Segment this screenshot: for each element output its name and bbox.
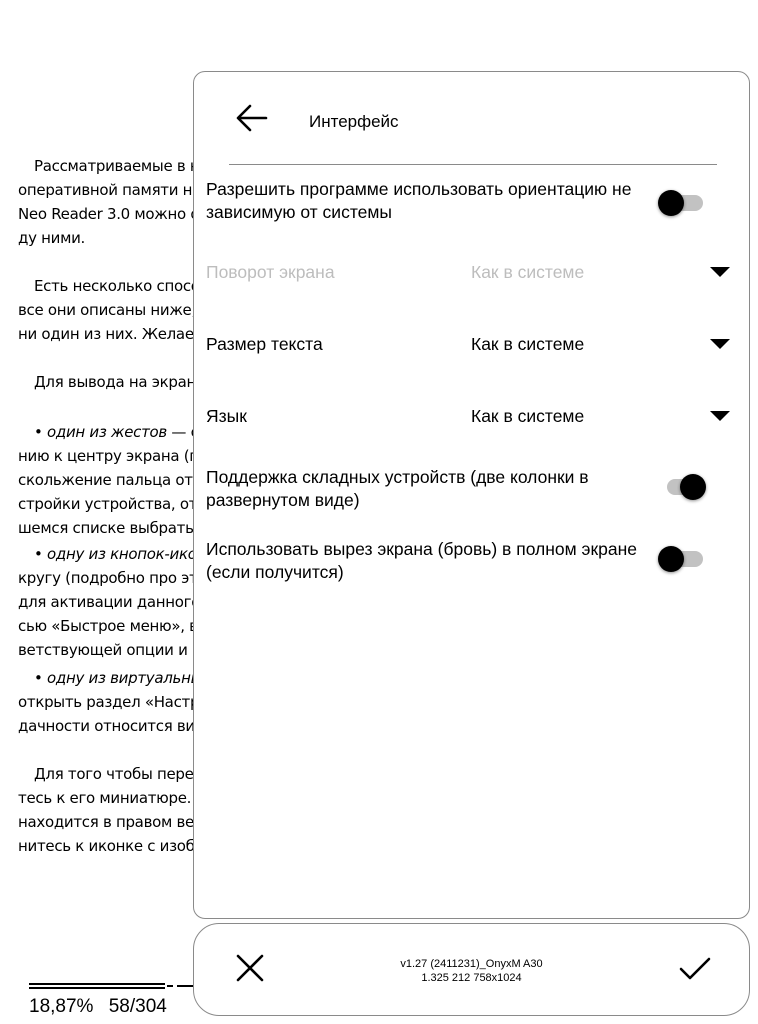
- confirm-button[interactable]: [677, 950, 713, 986]
- toggle-knob: [658, 546, 684, 572]
- dropdown-caret-icon[interactable]: [710, 267, 730, 277]
- setting-text-size: Размер текста Как в системе: [206, 333, 736, 356]
- checkmark-icon: [677, 950, 713, 986]
- language-select[interactable]: Как в системе: [471, 405, 584, 428]
- setting-label: Язык: [206, 405, 656, 428]
- setting-label: Использовать вырез экрана (бровь) в полн…: [206, 538, 651, 584]
- version-line-1: v1.27 (2411231)_OnyxM A30: [194, 957, 749, 971]
- book-line: оперативной памяти нес: [18, 181, 209, 199]
- setting-display-cutout: Использовать вырез экрана (бровь) в полн…: [206, 538, 736, 584]
- book-line: Neo Reader 3.0 можно от: [18, 205, 208, 223]
- book-line: кругу (подробно про это: [18, 569, 206, 587]
- book-line: Для вывода на экран в: [34, 373, 209, 391]
- progress-marker: [167, 985, 173, 987]
- book-line: нитесь к иконке с изобра: [18, 837, 213, 855]
- foldable-toggle[interactable]: [658, 472, 706, 502]
- reading-progress-bar: [29, 983, 199, 989]
- dialog-footer: v1.27 (2411231)_OnyxM A30 1.325 212 758x…: [193, 923, 750, 1016]
- page-counter: 58/304: [109, 996, 167, 1017]
- setting-label: Поворот экрана: [206, 261, 656, 284]
- book-line: Для того чтобы перей: [34, 765, 203, 783]
- book-line: дачности относится вирт: [18, 717, 213, 735]
- version-line-2: 1.325 212 758x1024: [194, 971, 749, 985]
- book-line: • одну из виртуальных: [34, 669, 211, 687]
- book-line: нию к центру экрана (п: [18, 447, 199, 465]
- book-line: Рассматриваемые в на: [34, 157, 208, 175]
- dropdown-caret-icon[interactable]: [710, 411, 730, 421]
- book-line: стройки устройства, отк: [18, 495, 206, 513]
- page-stats: 18,87% 58/304: [29, 996, 167, 1018]
- orientation-toggle[interactable]: [658, 188, 706, 218]
- text-size-select[interactable]: Как в системе: [471, 333, 584, 356]
- setting-foldable-support: Поддержка складных устройств (две колонк…: [206, 466, 736, 512]
- title-divider: [229, 164, 717, 165]
- book-line: тесь к его миниатюре. Д: [18, 789, 207, 807]
- version-info: v1.27 (2411231)_OnyxM A30 1.325 212 758x…: [194, 957, 749, 985]
- dropdown-caret-icon[interactable]: [710, 339, 730, 349]
- progress-percent: 18,87%: [29, 996, 93, 1017]
- book-line: скольжение пальца от л: [18, 471, 206, 489]
- book-line: для активации данного сп: [18, 593, 222, 611]
- book-line: открыть раздел «Настро: [18, 693, 208, 711]
- setting-screen-rotation: Поворот экрана Как в системе: [206, 261, 736, 284]
- book-line: Есть несколько спосо: [34, 277, 200, 295]
- setting-label: Поддержка складных устройств (две колонк…: [206, 466, 651, 512]
- setting-label: Разрешить программе использовать ориента…: [206, 178, 651, 224]
- book-line: ни один из них. Желаемы: [18, 325, 216, 343]
- toggle-knob: [658, 190, 684, 216]
- book-line: все они описаны ниже, н: [18, 301, 210, 319]
- book-line: сью «Быстрое меню», в: [18, 617, 198, 635]
- progress-done: [29, 983, 165, 989]
- book-line: • один из жестов — ск: [34, 423, 207, 441]
- back-button[interactable]: [232, 98, 272, 138]
- book-line: находится в правом верх: [18, 813, 212, 831]
- screen-rotation-select[interactable]: Как в системе: [471, 261, 584, 284]
- book-line: ветствующей опции и в п: [18, 641, 215, 659]
- book-line: шемся списке выбрать о: [18, 519, 207, 537]
- setting-label: Размер текста: [206, 333, 656, 356]
- setting-language: Язык Как в системе: [206, 405, 736, 428]
- setting-orientation-independent: Разрешить программе использовать ориента…: [206, 178, 736, 224]
- dialog-title: Интерфейс: [309, 112, 399, 132]
- book-line: ду ними.: [18, 229, 85, 247]
- book-line: • одну из кнопок-иконо: [34, 545, 215, 563]
- arrow-left-icon: [232, 98, 272, 138]
- cutout-toggle[interactable]: [658, 544, 706, 574]
- interface-settings-dialog: Интерфейс Разрешить программе использова…: [193, 71, 750, 919]
- toggle-knob: [680, 474, 706, 500]
